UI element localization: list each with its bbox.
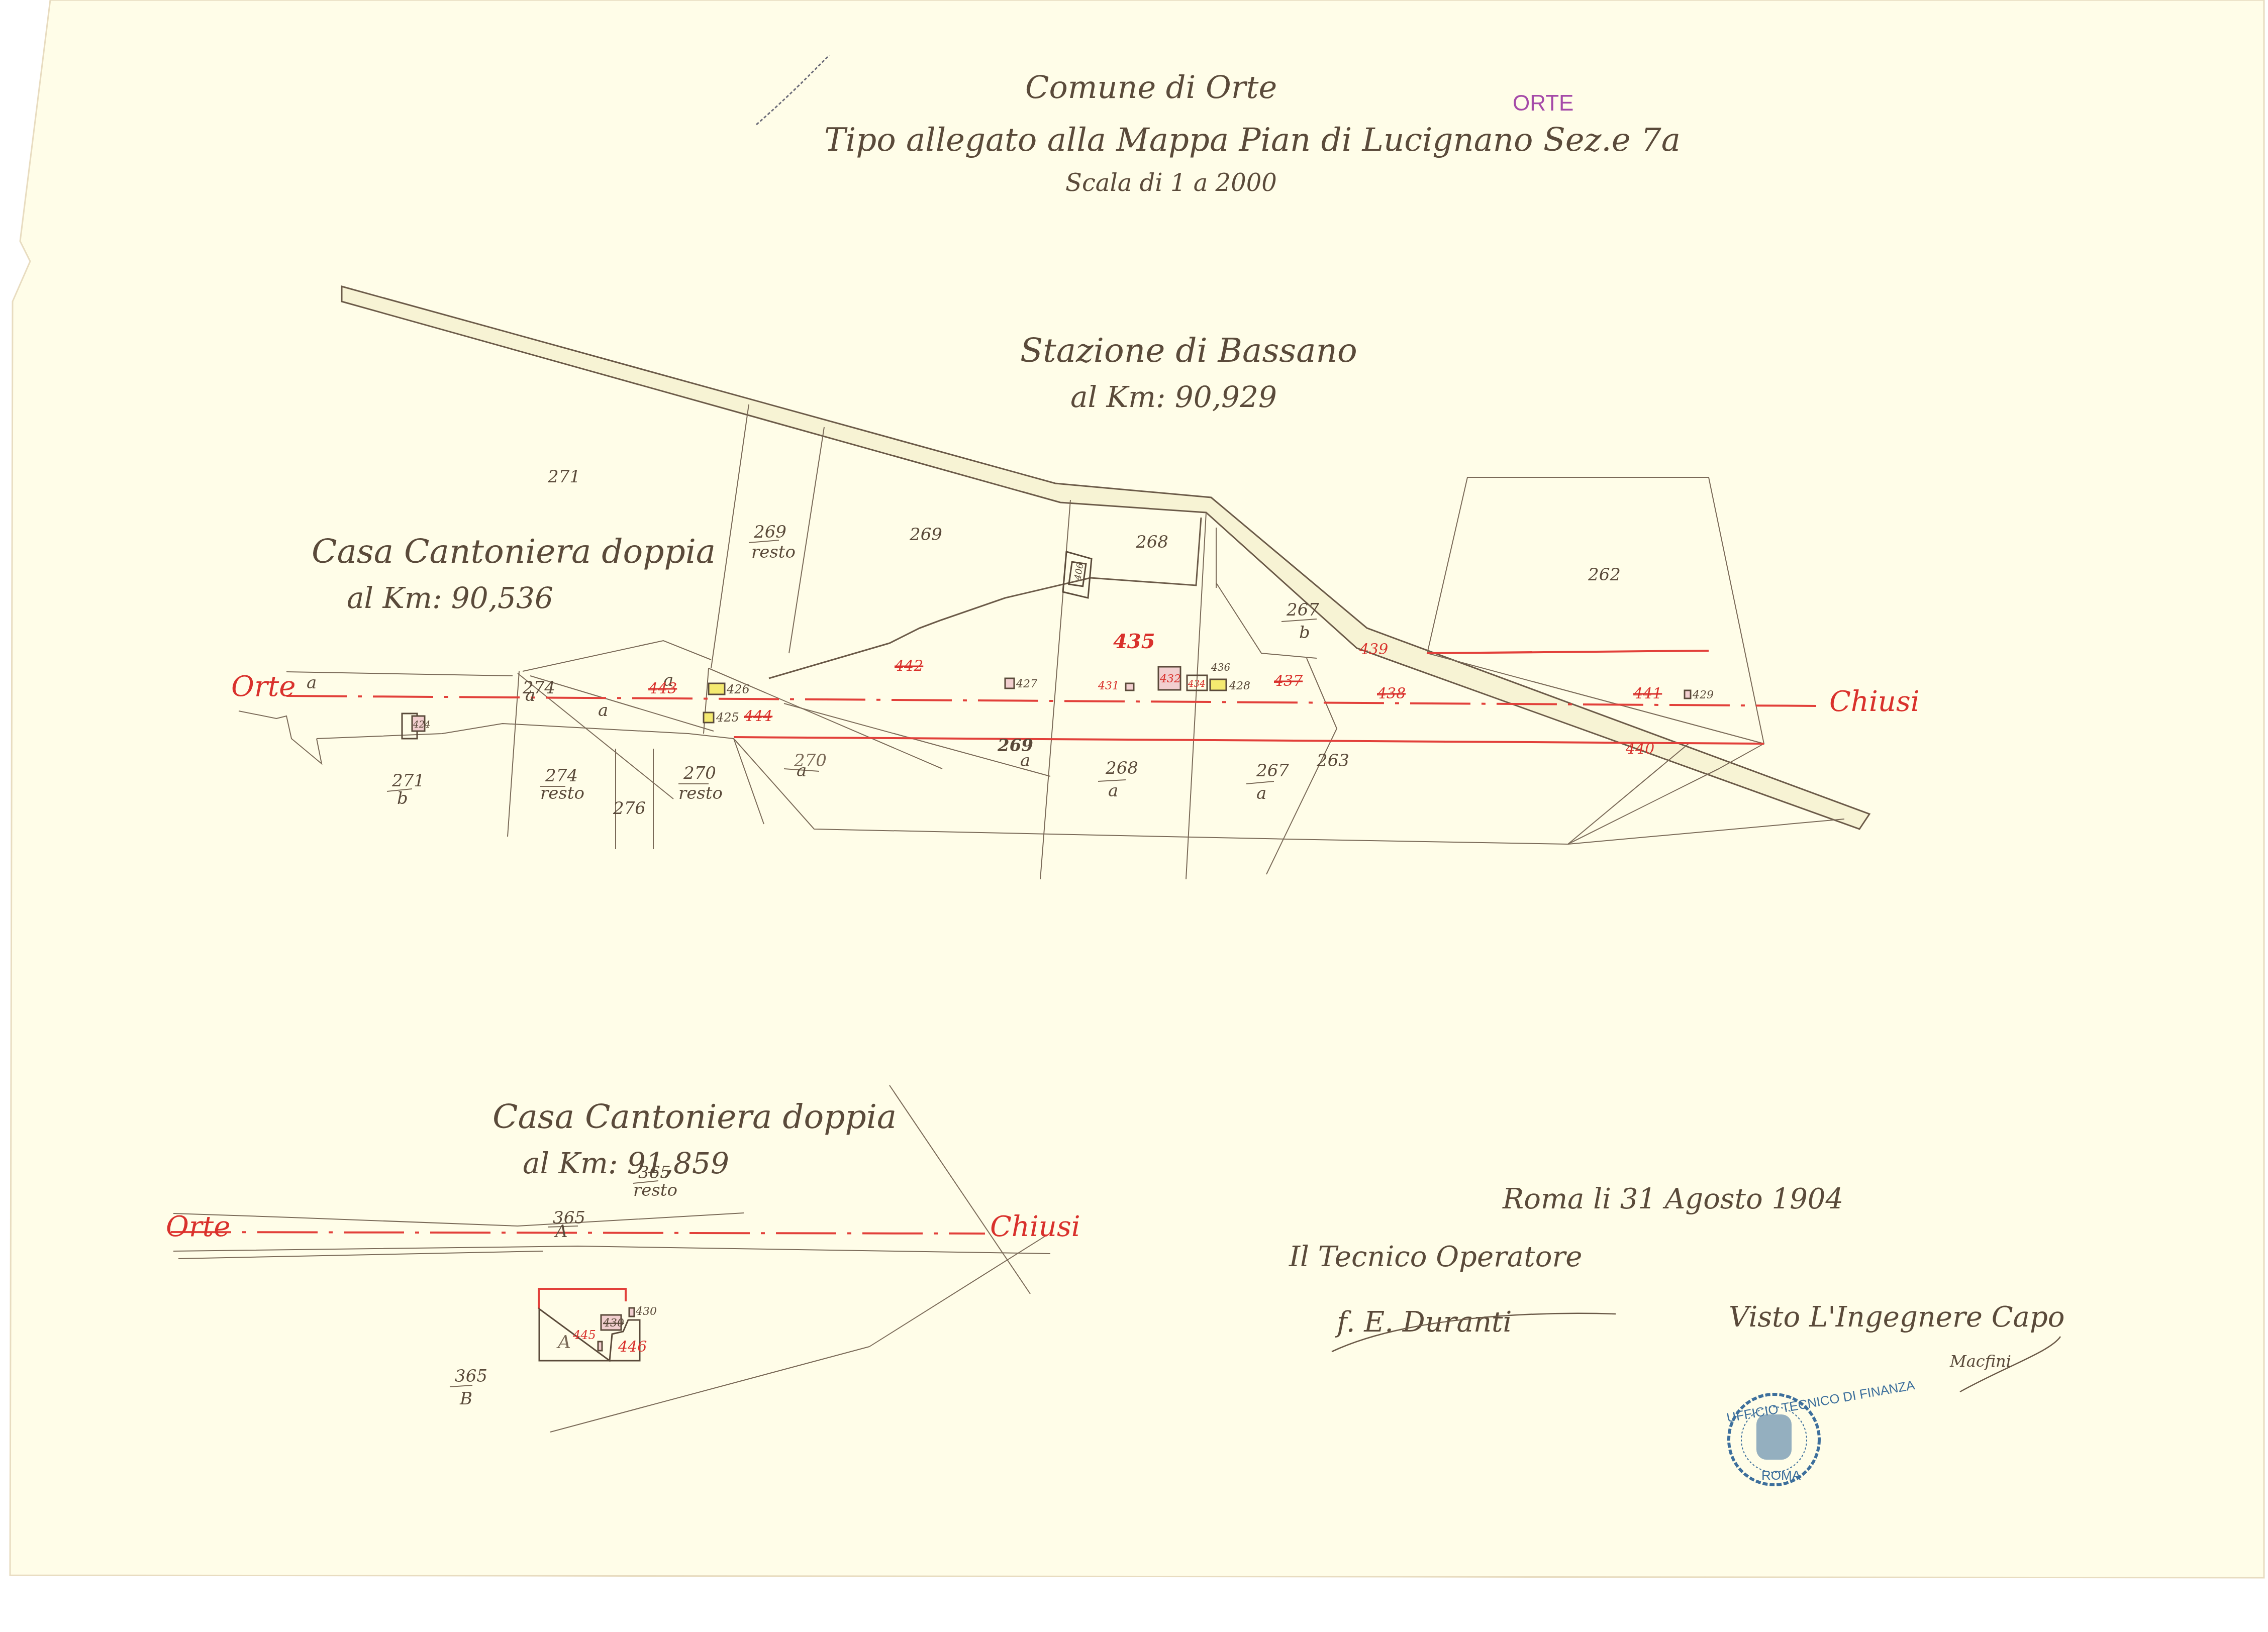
svg-text:441: 441 [1633, 685, 1662, 702]
svg-text:b: b [397, 788, 408, 808]
svg-text:a: a [1020, 751, 1030, 771]
svg-text:resto: resto [633, 1180, 677, 1200]
svg-text:resto: resto [540, 783, 584, 803]
svg-text:resto: resto [751, 542, 796, 562]
svg-text:427: 427 [1016, 678, 1037, 690]
svg-text:440: 440 [1625, 740, 1654, 758]
svg-text:435: 435 [1113, 630, 1155, 653]
svg-text:A: A [554, 1221, 568, 1242]
lower-house-km: al Km: 91,859 [523, 1146, 729, 1180]
svg-text:a: a [1108, 781, 1118, 801]
svg-text:268: 268 [1105, 758, 1138, 778]
lower-house-name: Casa Cantoniera doppia [492, 1097, 897, 1136]
svg-text:443: 443 [648, 680, 677, 697]
place-date: Roma li 31 Agosto 1904 [1502, 1183, 1843, 1215]
svg-text:a: a [1256, 783, 1266, 803]
engineer-signature: Macfini [1949, 1352, 2011, 1371]
railway-label-chiusi-upper: Chiusi [1829, 685, 1920, 718]
upper-house-name: Casa Cantoniera doppia [312, 532, 716, 571]
svg-text:431: 431 [1098, 680, 1119, 692]
svg-text:434: 434 [1188, 679, 1205, 689]
railway-label-orte-lower: Orte [166, 1210, 230, 1243]
svg-text:432: 432 [1159, 673, 1181, 685]
svg-text:426: 426 [726, 682, 750, 696]
svg-text:276: 276 [613, 798, 646, 819]
map-title: Comune di Orte [1025, 69, 1277, 106]
railway-label-chiusi-lower: Chiusi [990, 1210, 1080, 1243]
svg-text:446: 446 [618, 1338, 647, 1356]
svg-text:425: 425 [716, 710, 739, 725]
cadastral-map-sheet: Comune di Orte Tipo allegato alla Mappa … [0, 0, 2268, 1632]
svg-text:269: 269 [909, 525, 942, 545]
svg-text:271: 271 [391, 771, 425, 791]
svg-text:439: 439 [1359, 641, 1388, 658]
svg-text:365: 365 [455, 1366, 487, 1386]
svg-text:resto: resto [678, 783, 723, 803]
svg-text:430: 430 [603, 1317, 624, 1330]
svg-text:a: a [525, 685, 535, 705]
svg-text:442: 442 [894, 657, 923, 675]
map-scale: Scala di 1 a 2000 [1065, 169, 1277, 197]
svg-text:a: a [797, 761, 807, 781]
engineer-title: Visto L'Ingegnere Capo [1729, 1301, 2064, 1334]
svg-text:430: 430 [635, 1305, 657, 1318]
svg-text:a: a [598, 700, 608, 721]
svg-text:263: 263 [1316, 751, 1349, 771]
svg-text:436: 436 [1211, 661, 1230, 673]
paper-background [10, 0, 2264, 1578]
railway-label-orte-upper: Orte [231, 670, 295, 703]
svg-text:429: 429 [1692, 689, 1714, 701]
svg-text:365: 365 [638, 1163, 671, 1183]
svg-text:B: B [459, 1389, 472, 1409]
svg-text:b: b [1299, 623, 1310, 643]
svg-text:262: 262 [1588, 565, 1621, 585]
svg-text:428: 428 [1229, 680, 1250, 692]
svg-text:267: 267 [1286, 600, 1319, 620]
svg-text:267: 267 [1256, 761, 1289, 781]
svg-text:438: 438 [1376, 685, 1406, 702]
upper-house-km: al Km: 90,536 [347, 581, 553, 615]
station-name: Stazione di Bassano [1020, 331, 1357, 370]
svg-text:268: 268 [1135, 532, 1168, 552]
svg-text:269: 269 [753, 522, 786, 542]
technician-signature: f. E. Duranti [1335, 1306, 1512, 1339]
technician-title: Il Tecnico Operatore [1289, 1241, 1582, 1273]
svg-text:a: a [307, 673, 317, 693]
svg-text:437: 437 [1273, 672, 1303, 690]
svg-text:274: 274 [545, 766, 578, 786]
orte-violet-stamp: ORTE [1513, 91, 1573, 116]
svg-text:A: A [556, 1332, 571, 1353]
svg-text:445: 445 [572, 1328, 596, 1342]
svg-text:271: 271 [547, 467, 580, 487]
svg-text:444: 444 [743, 707, 772, 725]
map-subtitle: Tipo allegato alla Mappa Pian di Lucigna… [824, 122, 1681, 159]
svg-text:ROMA: ROMA [1761, 1468, 1801, 1483]
svg-text:424: 424 [413, 720, 430, 730]
station-km: al Km: 90,929 [1070, 380, 1277, 414]
svg-text:270: 270 [683, 763, 716, 783]
